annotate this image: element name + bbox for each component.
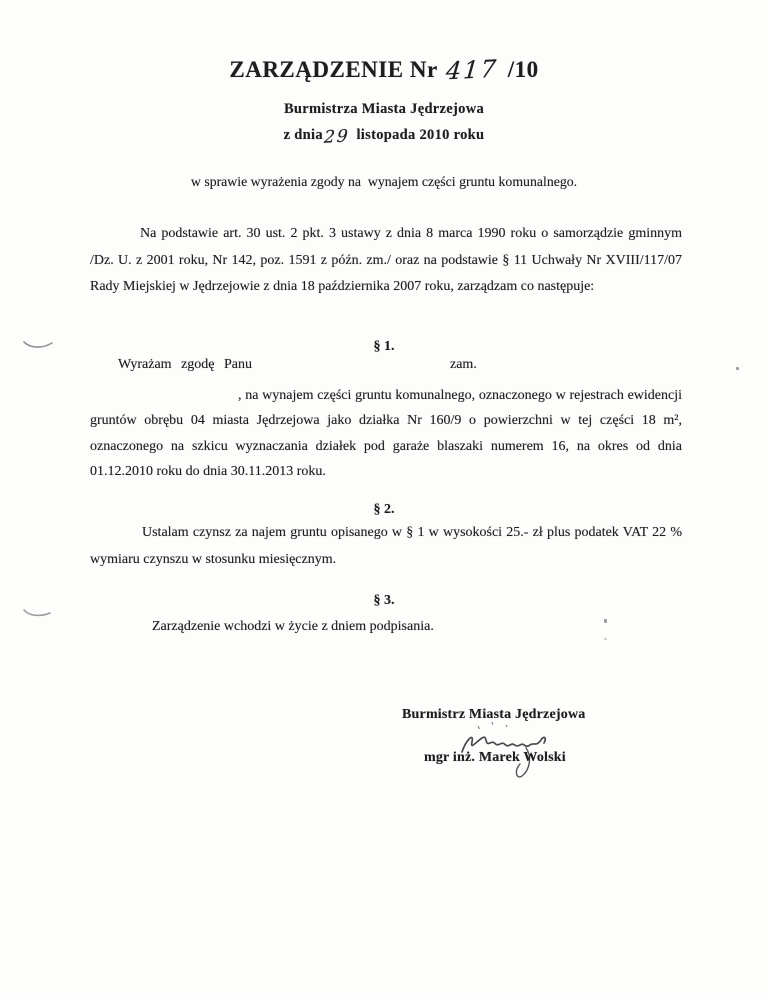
scan-artifact-speck-2 xyxy=(604,619,607,623)
date-line: z dnia29 listopada 2010 roku xyxy=(0,127,768,147)
title-number-handwritten: 417 xyxy=(444,55,498,86)
scan-artifact-left-margin-2 xyxy=(22,607,52,620)
section-2-body: Ustalam czynsz za najem gruntu opisanego… xyxy=(90,519,682,573)
issuer-line: Burmistrza Miasta Jędrzejowa xyxy=(0,101,768,118)
title-suffix: /10 xyxy=(508,57,539,82)
section-1-after-blank-text: zam. xyxy=(450,357,477,372)
date-rest: listopada 2010 roku xyxy=(356,127,484,143)
subject-line: w sprawie wyrażenia zgody na wynajem czę… xyxy=(0,174,768,190)
section-3-body: Zarządzenie wchodzi w życie z dniem podp… xyxy=(90,614,682,640)
section-1-body: , na wynajem części gruntu komunalnego, … xyxy=(90,383,682,485)
section-3-heading: § 3. xyxy=(0,593,768,609)
legal-basis-paragraph: Na podstawie art. 30 ust. 2 pkt. 3 ustaw… xyxy=(90,221,682,301)
section-1-first-line: Wyrażam zgodę Panuzam. xyxy=(90,357,682,373)
document-title: ZARZĄDZENIE Nr417 /10 xyxy=(0,56,768,84)
scanned-document-page: ZARZĄDZENIE Nr417 /10 Burmistrza Miasta … xyxy=(0,0,768,994)
title-prefix: ZARZĄDZENIE Nr xyxy=(229,57,437,82)
section-2-heading: § 2. xyxy=(0,502,768,518)
scan-artifact-left-margin-1 xyxy=(22,338,54,352)
scan-artifact-speck-3 xyxy=(604,638,607,640)
date-prefix: z dnia xyxy=(284,127,323,143)
section-1-intro-text: Wyrażam zgodę Panu xyxy=(90,357,252,372)
handwritten-signature-squiggle xyxy=(448,718,563,780)
section-1-heading: § 1. xyxy=(0,339,768,355)
scan-artifact-speck-1 xyxy=(736,367,739,370)
signature-name-line: mgr inż. Marek Wolski xyxy=(424,750,566,766)
date-day-handwritten: 29 xyxy=(323,126,350,147)
